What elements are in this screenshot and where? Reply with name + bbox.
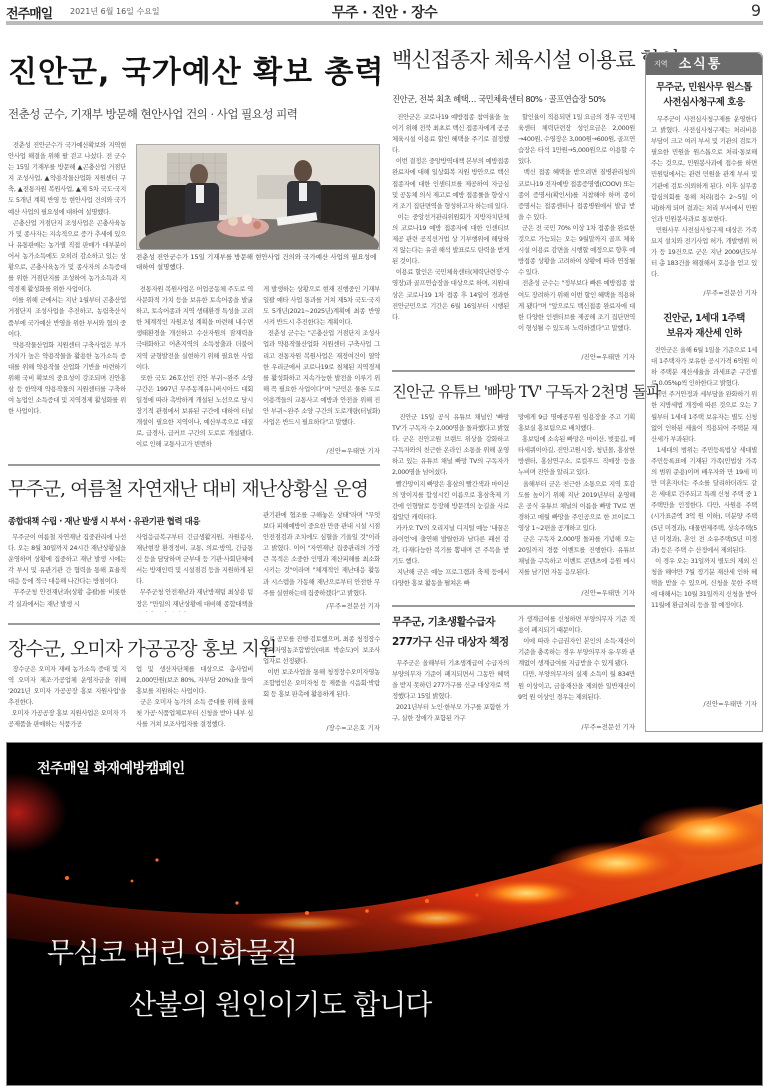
welfare-body-col1: 무주군은 올해부터 기초생계급여 수급자의 부양의무자 기준이 폐지되면서 그동… <box>392 658 509 736</box>
headline-youtube: 진안군 유튜브 '빠망 TV' 구독자 2천명 돌파 <box>392 380 660 402</box>
subhead-jinan-budget: 전춘성 군수, 기재부 방문해 현안사업 건의 · 사업 필요성 피력 <box>8 106 297 122</box>
local-news-sidebar: 지역 소식통 무주군, 민원사무 원스톱 사전심사청구제 호응 무주군이 사전심… <box>645 52 763 732</box>
byline-muju-disaster: /무주=전문선 기자 <box>263 601 380 610</box>
youtube-body-col1: 진안군 15일 공식 유튜브 채널인 '빠망 TV'가 구독자 수 2,000명… <box>392 412 509 598</box>
headline-jinan-budget: 진안군, 국가예산 확보 총력 <box>8 47 385 91</box>
headline-welfare-line2: 277가구 신규 대상자 책정 <box>392 634 509 649</box>
disaster-body-col1: 무주군이 여름철 자연재난 집중관리에 나선다. 오는 8월 30일까지 24시… <box>8 532 126 612</box>
article-photo <box>136 144 380 250</box>
ad-message-line1: 무심코 버린 인화물질 <box>47 931 297 971</box>
headline-vaccine: 백신접종자 체육시설 이용료 할인 <box>392 44 679 74</box>
article-body-col1: 전춘성 진안군수가 국가예산확보와 지역현안사업 해결을 위해 팔 걷고 나섰다… <box>8 140 126 462</box>
sidebar-header: 지역 소식통 <box>646 53 762 75</box>
masthead: 전주매일 2021년 6월 16일 수요일 무주 · 진안 · 장수 9 <box>0 0 769 22</box>
section-divider <box>8 623 380 625</box>
page-number: 9 <box>751 1 761 20</box>
sidebar-item1-byline: /무주=전문선 기자 <box>651 288 757 297</box>
disaster-body-col3: 관기관에 협조를 구해놓은 상태"라며 "무엇보다 피해예방이 중요한 만큼 관… <box>263 510 380 602</box>
sidebar-item1-body: 무주군이 사전심사청구제를 운영한다고 밝혔다. 사전심사청구제는 처리비용 부… <box>651 114 757 288</box>
subhead-vaccine: 진안군, 전북 최초 혜택… 국민체육센터 80% · 골프연습장 50% <box>392 93 605 105</box>
headline-muju-disaster: 무주군, 여름철 자연재난 대비 재난상황실 운영 <box>8 474 368 501</box>
omija-body-col2: 업 및 생산자단체를 대상으로 총사업비 2,000만원(보조 80%, 자부담… <box>136 664 253 736</box>
sidebar-item2-title1: 진안군, 1세대 1주택 <box>646 311 762 326</box>
sidebar-item1-title1: 무주군, 민원사무 원스톱 <box>646 80 762 95</box>
sidebar-label-big: 소식통 <box>679 57 723 72</box>
headline-welfare-line1: 무주군, 기초생활수급자 <box>392 614 495 629</box>
byline-jangsu-omija: /장수=고은호 기자 <box>263 723 380 732</box>
byline-jinan-budget: /진안=우태만 기자 <box>263 446 380 455</box>
omija-body-col3: 으로 공모를 진행·검토했으며, 최종 청정장수오미자영농조합법인(대표 박순도… <box>263 634 380 724</box>
subhead-muju-disaster: 종합대책 수립 · 재난 발생 시 부서 · 유관기관 협력 대응 <box>8 515 200 527</box>
sidebar-label-small: 지역 <box>654 60 668 68</box>
headline-jangsu-omija: 장수군, 오미자 가공공장 홍보 지원 <box>8 634 276 661</box>
omija-body-col1: 장수군은 오미자 재배 농가소득 증대 및 지역 오미자 제조·가공업체 운영자… <box>8 664 126 736</box>
welfare-body-col2: 가 생계급여를 신청하면 부양의무자 기준 적용이 폐지되기 때문이다. 이에 … <box>518 614 635 722</box>
section-divider <box>392 370 635 372</box>
article-body-col3: 게 발생하는 상황으로 현재 진행중인 기재부 일괄 예타 사업 통과를 거쳐 … <box>263 284 380 436</box>
sidebar-item1-title2: 사전심사청구제 호응 <box>646 95 762 110</box>
photo-caption: 전춘성 진안군수가 15일 기재부를 방문해 현안사업 건의와 국가예산 사업의… <box>136 252 380 272</box>
sidebar-item2-body: 진안군은 올해 6월 1일을 기준으로 1세대 1주택자가 보유한 공시가격 6… <box>651 345 757 699</box>
meeting-photo-illustration <box>137 145 380 250</box>
masthead-rule <box>6 21 763 25</box>
section-divider <box>8 464 380 466</box>
ad-message-line2: 산불의 원인이기도 합니다 <box>129 983 431 1023</box>
byline-welfare: /무주=전문선 기자 <box>518 722 635 731</box>
section-divider <box>392 605 635 607</box>
vaccine-body-col2: 할인율이 적용되면 1일 요금의 경우 국민체육센터 체력단련장 성인요금은 2… <box>518 112 635 348</box>
vaccine-body-col1: 진안군은 코로나19 예방접종 참여율을 높이기 위해 전북 최초로 백신 접종… <box>392 112 509 360</box>
byline-vaccine: /진안=우태만 기자 <box>518 352 635 361</box>
fire-prevention-ad: 전주매일 화재예방캠페인 무심코 버린 인화물질 산불의 원인이기도 합니다 <box>6 742 763 1086</box>
ad-campaign-label: 전주매일 화재예방캠페인 <box>37 758 185 778</box>
article-body-col2: 전통자원 복원사업은 어업공동체 주도로 역사문화적 가치 등을 보유한 토속어… <box>136 284 253 456</box>
disaster-body-col2: 사업응급복구부터 긴급생활지원, 자원봉사, 재난현장 환경정비, 교통, 의료… <box>136 532 253 612</box>
byline-youtube: /진안=우태만 기자 <box>518 588 635 597</box>
sidebar-item2-byline: /진안=우태만 기자 <box>651 699 757 708</box>
forest-fire-illustration <box>7 743 763 1086</box>
sidebar-item2-title2: 보유자 재산세 인하 <box>646 326 762 341</box>
youtube-body-col2: 망에게 9급 명예공무원 임용장을 주고 기획홍보실 홍보팀으로 배치했다. 홍… <box>518 412 635 588</box>
section-title: 무주 · 진안 · 장수 <box>0 2 769 22</box>
